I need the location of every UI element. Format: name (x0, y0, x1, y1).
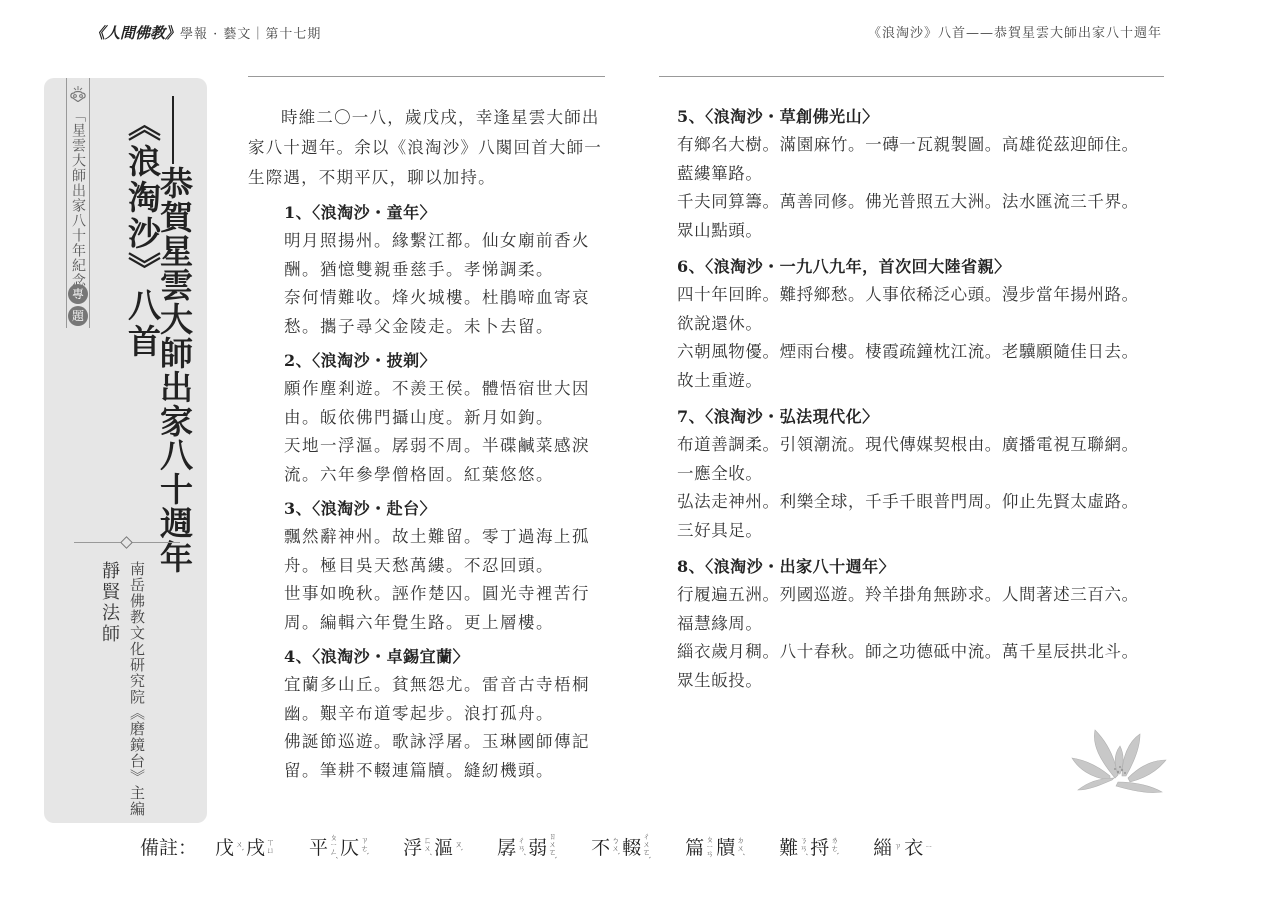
footnote-item: 難ㄋㄢˊ捋ㄌㄜˋ (779, 833, 841, 860)
zhuyin: ㄆㄧㄢ (705, 835, 713, 857)
poem-line: 有鄉名大樹。滿園麻竹。一磚一瓦親製圖。高雄從茲迎師住。 (677, 131, 1172, 160)
author-name: 靜賢法師 (99, 561, 119, 645)
footnote-item: 戊ㄨˋ戌ㄒㄩ (215, 833, 277, 860)
zhuyin: ㄗㄜˋ (360, 836, 368, 856)
poem-line: 明月照揚州。緣繫江都。仙女廟前香火 (284, 227, 608, 256)
poem-line: 飄然辭神州。故土難留。零丁過海上孤 (284, 523, 608, 552)
zhuyin: ㄌㄜˋ (830, 836, 838, 856)
poem-line: 藍縷篳路。 (677, 160, 1172, 189)
poem-title: 5、〈浪淘沙・草創佛光山〉 (677, 103, 1172, 131)
poem-line: 舟。極目吳天愁萬縷。不忍回頭。 (284, 552, 608, 581)
title-dash (172, 96, 174, 164)
diamond-ornament-icon (120, 536, 133, 549)
footnote-label: 備註： (140, 833, 197, 860)
zhuyin: ㄅㄨˋ (611, 836, 619, 856)
body-column-left: 時維二〇一八，歲戊戌，幸逢星雲大師出家八十週年。余以《浪淘沙》八闋回首大師一生際… (248, 103, 608, 791)
poem-line: 故土重遊。 (677, 367, 1172, 396)
poem-line: 佛誕節巡遊。歌詠浮屠。玉琳國師傳記 (284, 728, 608, 757)
header-rule-left (248, 76, 605, 77)
lotus-icon (1070, 720, 1170, 795)
poem-line: 行履遍五洲。列國巡遊。羚羊掛角無跡求。人間著述三百六。 (677, 581, 1172, 610)
poem-line: 愁。攜子尋父金陵走。未卜去留。 (284, 313, 608, 342)
topic-badge-2: 題 (68, 306, 88, 326)
poem-line: 奈何情難收。烽火城樓。杜鵑啼血寄哀 (284, 284, 608, 313)
header-rule-right (659, 76, 1164, 77)
poem-5: 5、〈浪淘沙・草創佛光山〉 有鄉名大樹。滿園麻竹。一磚一瓦親製圖。高雄從茲迎師住… (677, 103, 1172, 245)
title-sidebar: 「星雲大師出家八十年紀念」 專 題 《浪淘沙》八首 恭賀星雲大師出家八十週年 南… (44, 78, 207, 823)
poem-3: 3、〈浪淘沙・赴台〉 飄然辭神州。故土難留。零丁過海上孤 舟。極目吳天愁萬縷。不… (248, 495, 608, 637)
zhuyin: ㄈㄨˊ (423, 836, 431, 856)
poem-2: 2、〈浪淘沙・披剃〉 願作塵剎遊。不羨王侯。體悟宿世大因 由。皈依佛門攝山度。新… (248, 347, 608, 489)
topic-badge-1: 專 (68, 284, 88, 304)
poem-7: 7、〈浪淘沙・弘法現代化〉 布道善調柔。引領潮流。現代傳媒契根由。廣播電視互聯網… (677, 403, 1172, 545)
footnote-item: 篇ㄆㄧㄢ牘ㄉㄨˊ (685, 833, 747, 860)
poem-line: 天地一浮漚。孱弱不周。半碟鹹菜感淚 (284, 432, 608, 461)
author-affiliation: 南岳佛教文化研究院《磨鏡台》主編 (128, 561, 146, 817)
series-label: 「星雲大師出家八十年紀念」 (70, 108, 86, 303)
poem-title: 3、〈浪淘沙・赴台〉 (284, 495, 608, 523)
zhuyin: ㄨˋ (235, 840, 243, 852)
footnote-item: 平ㄆㄧㄥˊ仄ㄗㄜˋ (309, 833, 371, 860)
poem-title: 6、〈浪淘沙・一九八九年，首次回大陸省親〉 (677, 253, 1172, 281)
poem-6: 6、〈浪淘沙・一九八九年，首次回大陸省親〉 四十年回眸。難捋鄉愁。人事依稀泛心頭… (677, 253, 1172, 395)
zhuyin: ㄔㄨㄛˋ (642, 832, 650, 860)
poem-4: 4、〈浪淘沙・卓錫宜蘭〉 宜蘭多山丘。貧無怨尤。雷音古寺梧桐 幽。艱辛布道零起步… (248, 643, 608, 785)
poem-title: 4、〈浪淘沙・卓錫宜蘭〉 (284, 643, 608, 671)
journal-brand: 《人間佛教》 (90, 24, 180, 42)
zhuyin: ㄉㄨˊ (736, 836, 744, 856)
pronunciation-footnote: 備註： 戊ㄨˋ戌ㄒㄩ 平ㄆㄧㄥˊ仄ㄗㄜˋ 浮ㄈㄨˊ漚ㄡˋ 孱ㄔㄢˊ弱ㄖㄨㄛˋ 不… (140, 832, 967, 860)
poem-line: 六朝風物優。煙雨台樓。棲霞疏鐘枕江流。老驥願隨佳日去。 (677, 338, 1172, 367)
poem-line: 幽。艱辛布道零起步。浪打孤舟。 (284, 700, 608, 729)
zhuyin: ㄧ (924, 843, 932, 849)
footnote-item: 不ㄅㄨˋ輟ㄔㄨㄛˋ (591, 832, 653, 860)
poem-line: 欲說還休。 (677, 310, 1172, 339)
poem-1: 1、〈浪淘沙・童年〉 明月照揚州。緣繫江都。仙女廟前香火 酬。猶憶雙親垂慈手。孝… (248, 199, 608, 341)
poem-line: 緇衣歲月稠。八十春秋。師之功德砥中流。萬千星辰拱北斗。 (677, 638, 1172, 667)
issue-info: 學報 · 藝文｜第十七期 (180, 27, 321, 42)
poem-title: 1、〈浪淘沙・童年〉 (284, 199, 608, 227)
poem-line: 留。筆耕不輟連篇牘。縫紉機頭。 (284, 757, 608, 786)
body-column-right: 5、〈浪淘沙・草創佛光山〉 有鄉名大樹。滿園麻竹。一磚一瓦親製圖。高雄從茲迎師住… (677, 103, 1172, 703)
intro-paragraph: 時維二〇一八，歲戊戌，幸逢星雲大師出家八十週年。余以《浪淘沙》八闋回首大師一生際… (248, 103, 608, 193)
poem-line: 願作塵剎遊。不羨王侯。體悟宿世大因 (284, 375, 608, 404)
footnote-item: 緇ㄗ衣ㄧ (873, 833, 935, 860)
poem-line: 由。皈依佛門攝山度。新月如鉤。 (284, 404, 608, 433)
poem-line: 千夫同算籌。萬善同修。佛光普照五大洲。法水匯流三千界。 (677, 188, 1172, 217)
footnote-item: 浮ㄈㄨˊ漚ㄡˋ (403, 833, 465, 860)
zhuyin: ㄗ (893, 842, 901, 850)
poem-line: 眾山點頭。 (677, 217, 1172, 246)
article-subtitle: 恭賀星雲大師出家八十週年 (156, 166, 192, 574)
poem-title: 2、〈浪淘沙・披剃〉 (284, 347, 608, 375)
poem-line: 弘法走神州。利樂全球，千手千眼普門周。仰止先賢太虛路。 (677, 488, 1172, 517)
poem-line: 世事如晚秋。誣作楚囚。圓光寺裡苦行 (284, 580, 608, 609)
page-header-left: 《人間佛教》學報 · 藝文｜第十七期 (90, 22, 321, 43)
poem-line: 一應全收。 (677, 460, 1172, 489)
poem-line: 布道善調柔。引領潮流。現代傳媒契根由。廣播電視互聯網。 (677, 431, 1172, 460)
footnote-item: 孱ㄔㄢˊ弱ㄖㄨㄛˋ (497, 832, 559, 860)
zhuyin: ㄡˋ (454, 840, 462, 852)
zhuyin: ㄒㄩ (266, 838, 274, 854)
poem-title: 7、〈浪淘沙・弘法現代化〉 (677, 403, 1172, 431)
poem-line: 眾生皈投。 (677, 667, 1172, 696)
poem-line: 周。編輯六年覺生路。更上層樓。 (284, 609, 608, 638)
zhuyin: ㄋㄢˊ (799, 836, 807, 856)
cloud-scroll-icon (69, 84, 87, 104)
poem-title: 8、〈浪淘沙・出家八十週年〉 (677, 553, 1172, 581)
poem-line: 四十年回眸。難捋鄉愁。人事依稀泛心頭。漫步當年揚州路。 (677, 281, 1172, 310)
zhuyin: ㄖㄨㄛˋ (548, 832, 556, 860)
poem-line: 酬。猶憶雙親垂慈手。孝悌調柔。 (284, 256, 608, 285)
page-header-right: 《浪淘沙》八首——恭賀星雲大師出家八十週年 (868, 22, 1162, 41)
poem-line: 流。六年參學僧格固。紅葉悠悠。 (284, 461, 608, 490)
poem-line: 福慧緣周。 (677, 610, 1172, 639)
zhuyin: ㄆㄧㄥˊ (329, 833, 337, 859)
poem-8: 8、〈浪淘沙・出家八十週年〉 行履遍五洲。列國巡遊。羚羊掛角無跡求。人間著述三百… (677, 553, 1172, 695)
zhuyin: ㄔㄢˊ (517, 836, 525, 856)
series-band: 「星雲大師出家八十年紀念」 專 題 (66, 78, 90, 328)
poem-line: 三好具足。 (677, 517, 1172, 546)
poem-line: 宜蘭多山丘。貧無怨尤。雷音古寺梧桐 (284, 671, 608, 700)
